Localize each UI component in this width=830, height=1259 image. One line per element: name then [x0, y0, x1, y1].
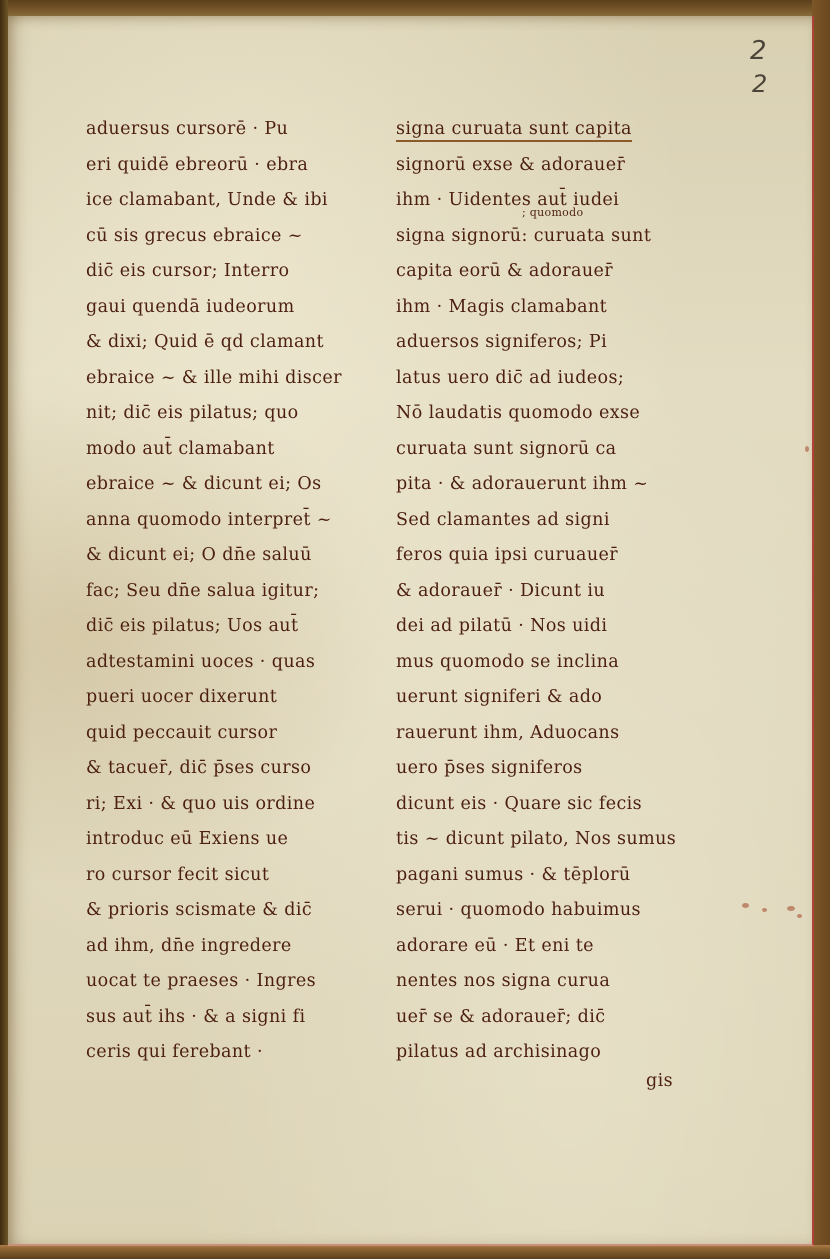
- text-line: nentes nos signa curua: [396, 964, 716, 1000]
- text-line: latus uero dic̄ ad iudeos;: [396, 361, 716, 397]
- text-line: modo aut̄ clamabant: [86, 432, 386, 468]
- text-line: uerunt signiferi & ado: [396, 680, 716, 716]
- text-line: fac; Seu dn̄e salua igitur;: [86, 574, 386, 610]
- ink-stain: [742, 903, 749, 908]
- text-line: dic̄ eis cursor; Interro: [86, 254, 386, 290]
- folio-number-upper: 2: [750, 38, 767, 64]
- text-line-underlined: signa curuata sunt capita: [396, 112, 716, 148]
- text-line: signa signorū: curuata sunt: [396, 219, 716, 255]
- text-column-right: signa curuata sunt capita signorū exse &…: [396, 112, 716, 1091]
- text-line: cū sis grecus ebraice ~: [86, 219, 386, 255]
- binding-left-edge: [0, 0, 8, 1259]
- text-line: uocat te praeses · Ingres: [86, 964, 386, 1000]
- text-line: signorū exse & adorauer̄: [396, 148, 716, 184]
- underlined-text: signa curuata sunt capita: [396, 119, 632, 142]
- text-line: nit; dic̄ eis pilatus; quo: [86, 396, 386, 432]
- text-line: pueri uocer dixerunt: [86, 680, 386, 716]
- folio-number-lower: 2: [752, 72, 767, 96]
- ink-stain: [805, 446, 809, 452]
- text-line: & tacuer̄, dic̄ p̄ses curso: [86, 751, 386, 787]
- text-line: adorare eū · Et eni te: [396, 929, 716, 965]
- ink-stain: [797, 914, 802, 918]
- text-line: ad ihm, dn̄e ingredere: [86, 929, 386, 965]
- text-line: adtestamini uoces · quas: [86, 645, 386, 681]
- text-line: sus aut̄ ihs · & a signi fi: [86, 1000, 386, 1036]
- text-line: ihm · Magis clamabant: [396, 290, 716, 326]
- text-line: aduersus cursorē · Pu: [86, 112, 386, 148]
- text-line: & dixi; Quid ē qd clamant: [86, 325, 386, 361]
- text-column-left: aduersus cursorē · Pu eri quidē ebreorū …: [86, 112, 386, 1071]
- text-line: Sed clamantes ad signi: [396, 503, 716, 539]
- text-line: tis ~ dicunt pilato, Nos sumus: [396, 822, 716, 858]
- text-line: & adorauer̄ · Dicunt iu: [396, 574, 716, 610]
- ink-stain: [787, 906, 795, 911]
- text-line: ceris qui ferebant ·: [86, 1035, 386, 1071]
- text-line: feros quia ipsi curuauer̄: [396, 538, 716, 574]
- text-line: ro cursor fecit sicut: [86, 858, 386, 894]
- text-line: dei ad pilatū · Nos uidi: [396, 609, 716, 645]
- binding-right-edge: [812, 0, 830, 1259]
- text-line: uer̄ se & adorauer̄; dic̄: [396, 1000, 716, 1036]
- text-line: capita eorū & adorauer̄: [396, 254, 716, 290]
- interlinear-gloss: ; quomodo: [522, 206, 583, 219]
- text-line: quid peccauit cursor: [86, 716, 386, 752]
- text-line: curuata sunt signorū ca: [396, 432, 716, 468]
- binding-bottom-edge: [0, 1245, 830, 1259]
- text-line: pita · & adorauerunt ihm ~: [396, 467, 716, 503]
- text-line: uero p̄ses signiferos: [396, 751, 716, 787]
- text-line: & prioris scismate & dic̄: [86, 893, 386, 929]
- text-line: pilatus ad archisinago: [396, 1035, 716, 1071]
- text-line: & dicunt ei; O dn̄e saluū: [86, 538, 386, 574]
- text-line: gaui quendā iudeorum: [86, 290, 386, 326]
- text-line: pagani sumus · & tēplorū: [396, 858, 716, 894]
- text-line: ebraice ~ & dicunt ei; Os: [86, 467, 386, 503]
- text-line: dic̄ eis pilatus; Uos aut̄: [86, 609, 386, 645]
- text-line: serui · quomodo habuimus: [396, 893, 716, 929]
- text-line: anna quomodo interpret̄ ~: [86, 503, 386, 539]
- text-line: Nō laudatis quomodo exse: [396, 396, 716, 432]
- text-line: eri quidē ebreorū · ebra: [86, 148, 386, 184]
- text-line: mus quomodo se inclina: [396, 645, 716, 681]
- text-line: ice clamabant, Unde & ibi: [86, 183, 386, 219]
- text-line: ri; Exi · & quo uis ordine: [86, 787, 386, 823]
- text-line: dicunt eis · Quare sic fecis: [396, 787, 716, 823]
- text-line: ebraice ~ & ille mihi discer: [86, 361, 386, 397]
- ink-stain: [762, 908, 767, 912]
- text-line-catchword: gis: [396, 1071, 716, 1091]
- text-line: rauerunt ihm, Aduocans: [396, 716, 716, 752]
- text-line: introduc eū Exiens ue: [86, 822, 386, 858]
- text-line: aduersos signiferos; Pi: [396, 325, 716, 361]
